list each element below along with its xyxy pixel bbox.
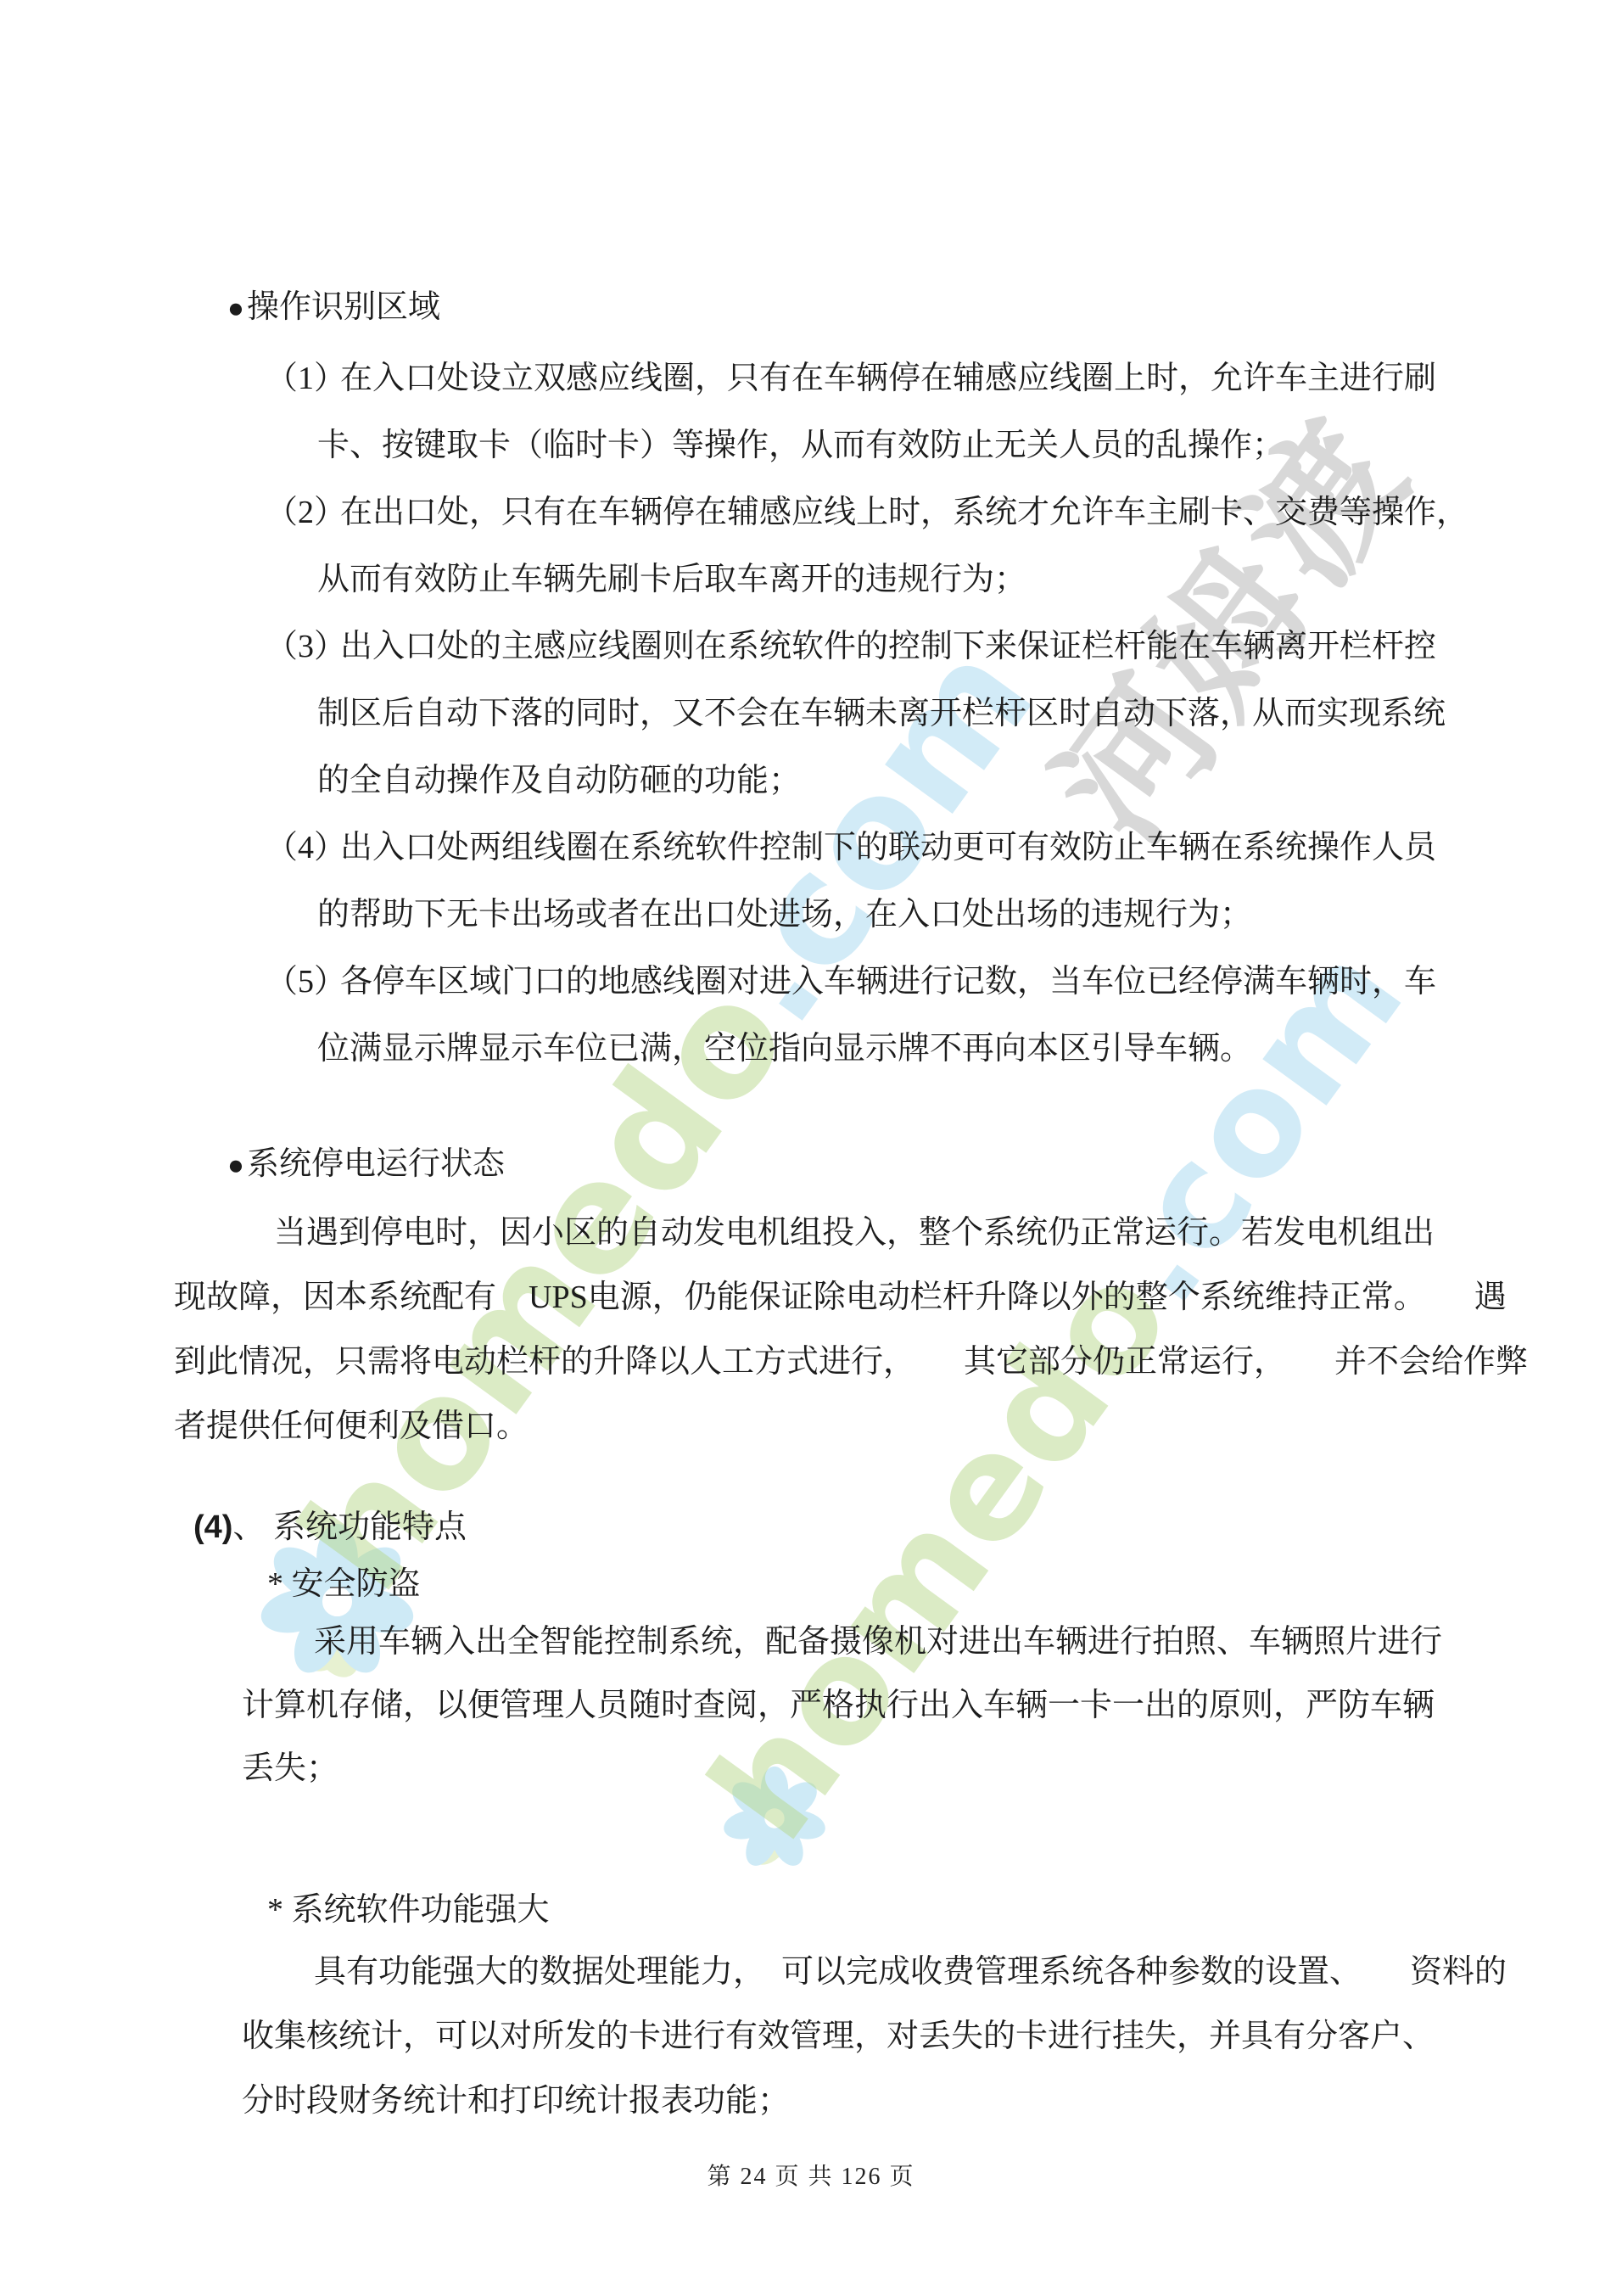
list-item-5-line-2: 位满显示牌显示车位已满，空位指向显示牌不再向本区引导车辆。	[317, 1026, 1252, 1072]
paragraph-line: 分时段财务统计和打印统计报表功能；	[242, 2078, 790, 2124]
paragraph-line: 收集核统计，可以对所发的卡进行有效管理，对丢失的卡进行挂失，并具有分客户、	[242, 2013, 1435, 2059]
item-text: 出入口处的主感应线圈则在系统软件的控制下来保证栏杆能在车辆离开栏杆控	[340, 629, 1436, 664]
list-item-1-line-2: 卡、按键取卡（临时卡）等操作，从而有效防止无关人员的乱操作；	[317, 423, 1284, 468]
item-text: 在入口处设立双感应线圈，只有在车辆停在辅感应线圈上时，允许车主进行刷	[340, 361, 1436, 396]
list-item-2-line-2: 从而有效防止车辆先刷卡后取车离开的违规行为；	[317, 557, 1026, 602]
item-number: （3）	[266, 624, 340, 669]
item-text: 各停车区域门口的地感线圈对进入车辆进行记数，当车位已经停满车辆时，车	[340, 964, 1436, 1000]
list-item-4-line-2: 的帮助下无卡出场或者在出口处进场，在入口处出场的违规行为；	[317, 892, 1252, 938]
paragraph-line: 具有功能强大的数据处理能力， 可以完成收费管理系统各种参数的设置、 资料的	[314, 1949, 1507, 1995]
bullet-icon: ●	[227, 1151, 244, 1181]
paragraph-line: 到此情况，只需将电动栏杆的升降以人工方式进行， 其它部分仍正常运行， 并不会给作…	[174, 1339, 1528, 1385]
list-item-4-line-1: （4）出入口处两组线圈在系统软件控制下的联动更可有效防止车辆在系统操作人员	[266, 825, 1436, 871]
heading-operation-recognition-area: ●操作识别区域	[227, 284, 440, 332]
list-item-2-line-1: （2）在出口处，只有在车辆停在辅感应线上时，系统才允许车主刷卡、交费等操作，	[266, 490, 1468, 535]
item-number: （5）	[266, 959, 340, 1005]
paragraph-line: 现故障，因本系统配有 UPS电源，仍能保证除电动栏杆升降以外的整个系统维持正常。…	[174, 1274, 1507, 1320]
paragraph-line: 者提供任何便利及借口。	[174, 1403, 529, 1449]
bullet-icon: ●	[227, 294, 244, 324]
paragraph-line: 采用车辆入出全智能控制系统，配备摄像机对进出车辆进行拍照、车辆照片进行	[314, 1619, 1442, 1665]
heading-system-features: (4)、 系统功能特点	[193, 1504, 467, 1550]
item-number: （1）	[266, 356, 340, 401]
heading-power-outage-status: ●系统停电运行状态	[227, 1141, 505, 1189]
heading-title: 操作识别区域	[247, 289, 440, 325]
paragraph-line: 当遇到停电时，因小区的自动发电机组投入，整个系统仍正常运行。若发电机组出	[274, 1210, 1435, 1256]
item-number: （4）	[266, 825, 340, 871]
subheading-powerful-software: * 系统软件功能强大	[267, 1887, 550, 1933]
document-page: ●操作识别区域 （1）在入口处设立双感应线圈，只有在车辆停在辅感应线圈上时，允许…	[0, 0, 1622, 2296]
page-number-footer: 第 24 页 共 126 页	[0, 2162, 1622, 2192]
heading-number: (4)	[193, 1509, 232, 1545]
list-item-3-line-3: 的全自动操作及自动防砸的功能；	[317, 758, 801, 804]
list-item-3-line-2: 制区后自动下落的同时，又不会在车辆未离开栏杆区时自动下落，从而实现系统	[317, 691, 1446, 736]
heading-title: 、 系统功能特点	[232, 1509, 467, 1545]
item-number: （2）	[266, 490, 340, 535]
paragraph-line: 丢失；	[242, 1745, 338, 1791]
paragraph-line: 计算机存储，以便管理人员随时查阅，严格执行出入车辆一卡一出的原则，严防车辆	[242, 1683, 1435, 1728]
list-item-1-line-1: （1）在入口处设立双感应线圈，只有在车辆停在辅感应线圈上时，允许车主进行刷	[266, 356, 1436, 401]
heading-title: 系统停电运行状态	[247, 1146, 505, 1182]
subheading-security-antitheft: * 安全防盗	[267, 1561, 421, 1607]
item-text: 在出口处，只有在车辆停在辅感应线上时，系统才允许车主刷卡、交费等操作，	[340, 495, 1468, 530]
item-text: 出入口处两组线圈在系统软件控制下的联动更可有效防止车辆在系统操作人员	[340, 830, 1436, 865]
list-item-3-line-1: （3）出入口处的主感应线圈则在系统软件的控制下来保证栏杆能在车辆离开栏杆控	[266, 624, 1436, 669]
list-item-5-line-1: （5）各停车区域门口的地感线圈对进入车辆进行记数，当车位已经停满车辆时，车	[266, 959, 1436, 1005]
